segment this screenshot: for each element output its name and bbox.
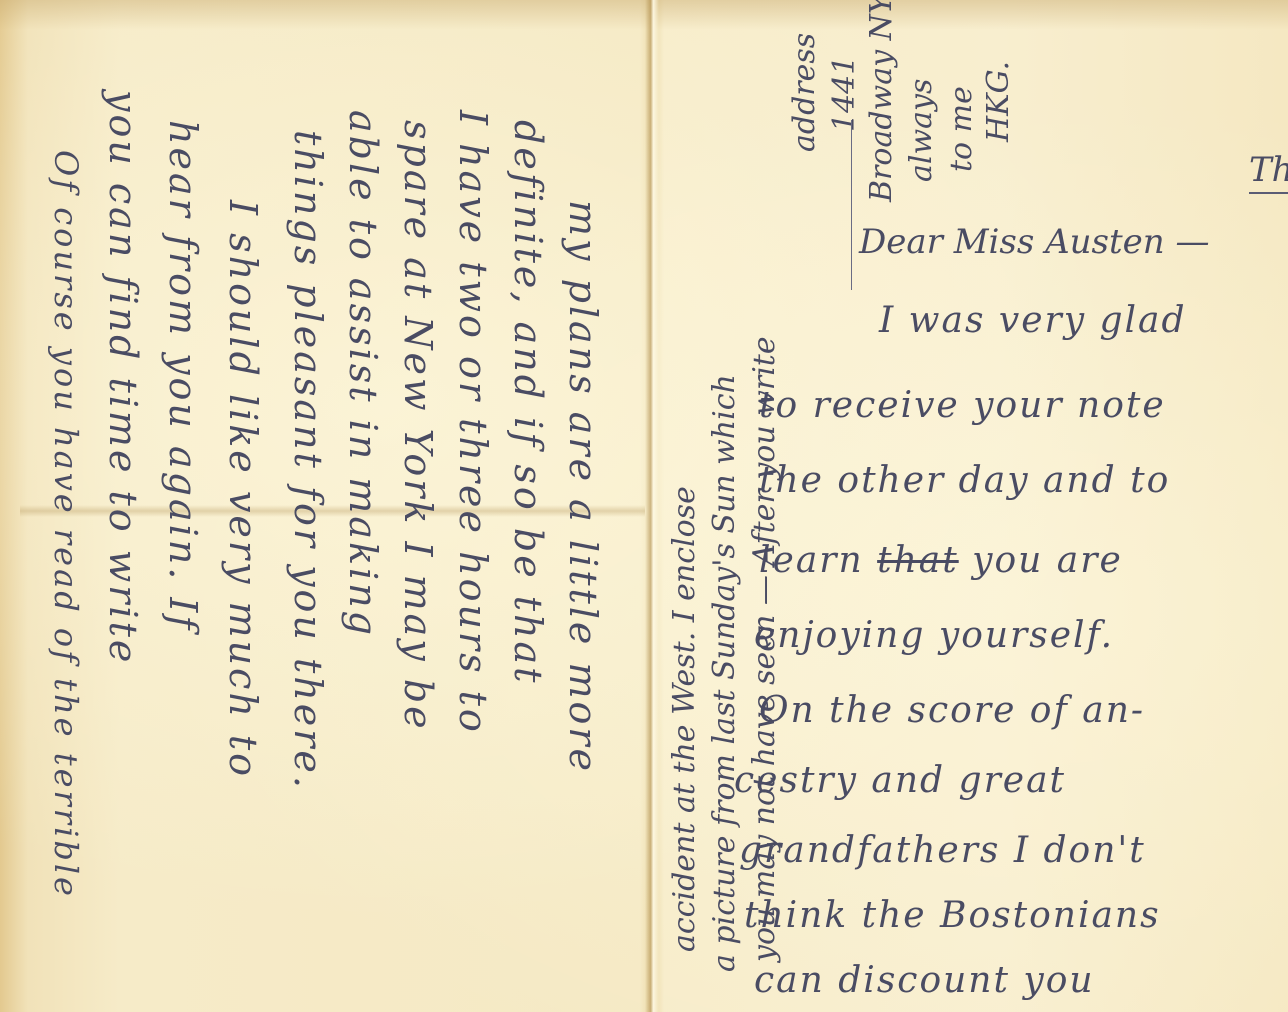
left-line: definite, and if so be that bbox=[506, 120, 550, 685]
margin-line: always bbox=[904, 79, 939, 182]
word: learn bbox=[759, 540, 877, 581]
page-fold-vertical bbox=[645, 0, 659, 1012]
left-line: Of course you have read of the terrible bbox=[47, 150, 85, 899]
left-page: my plans are a little more definite, and… bbox=[0, 0, 645, 1012]
left-page-rotated-text: my plans are a little more definite, and… bbox=[0, 0, 645, 1012]
letter-date: Thursday bbox=[1249, 150, 1288, 194]
body-line: I was very glad bbox=[879, 300, 1187, 341]
struck-word: that bbox=[877, 540, 959, 581]
margin-rule bbox=[851, 120, 852, 290]
margin-line: address bbox=[787, 33, 822, 152]
salutation: Dear Miss Austen — bbox=[859, 222, 1210, 262]
left-line: things pleasant for you there. bbox=[286, 130, 330, 791]
body-line: the other day and to bbox=[759, 460, 1170, 501]
body-line: On the score of an- bbox=[759, 690, 1145, 731]
left-line: hear from you again. If bbox=[161, 120, 205, 632]
body-line: to receive your note bbox=[759, 385, 1166, 426]
body-line: think the Bostonians bbox=[744, 895, 1161, 936]
margin-line: Broadway NY bbox=[864, 0, 899, 202]
body-line: can discount you bbox=[754, 960, 1095, 1001]
body-line: grandfathers I don't bbox=[739, 830, 1146, 871]
margin-line: to me bbox=[944, 86, 979, 172]
left-line: I should like very much to bbox=[221, 200, 265, 779]
body-line: enjoying yourself. bbox=[754, 615, 1114, 656]
margin-line: a picture from last Sunday's Sun which bbox=[707, 374, 742, 972]
left-line: I have two or three hours to bbox=[451, 110, 495, 735]
right-page: accident at the West. I enclose a pictur… bbox=[659, 0, 1288, 1012]
body-line: learn that you are bbox=[759, 540, 1123, 581]
margin-line: HKG. bbox=[981, 61, 1016, 142]
margin-line: 1441 bbox=[827, 56, 862, 132]
left-line: spare at New York I may be bbox=[396, 120, 440, 732]
left-line: you can find time to write bbox=[101, 90, 145, 665]
letter-scan: my plans are a little more definite, and… bbox=[0, 0, 1288, 1012]
left-line: able to assist in making bbox=[341, 110, 385, 638]
body-line: cestry and great bbox=[734, 760, 1066, 801]
margin-line: accident at the West. I enclose bbox=[667, 486, 702, 952]
left-line: my plans are a little more bbox=[561, 200, 605, 774]
word: you are bbox=[959, 540, 1123, 581]
